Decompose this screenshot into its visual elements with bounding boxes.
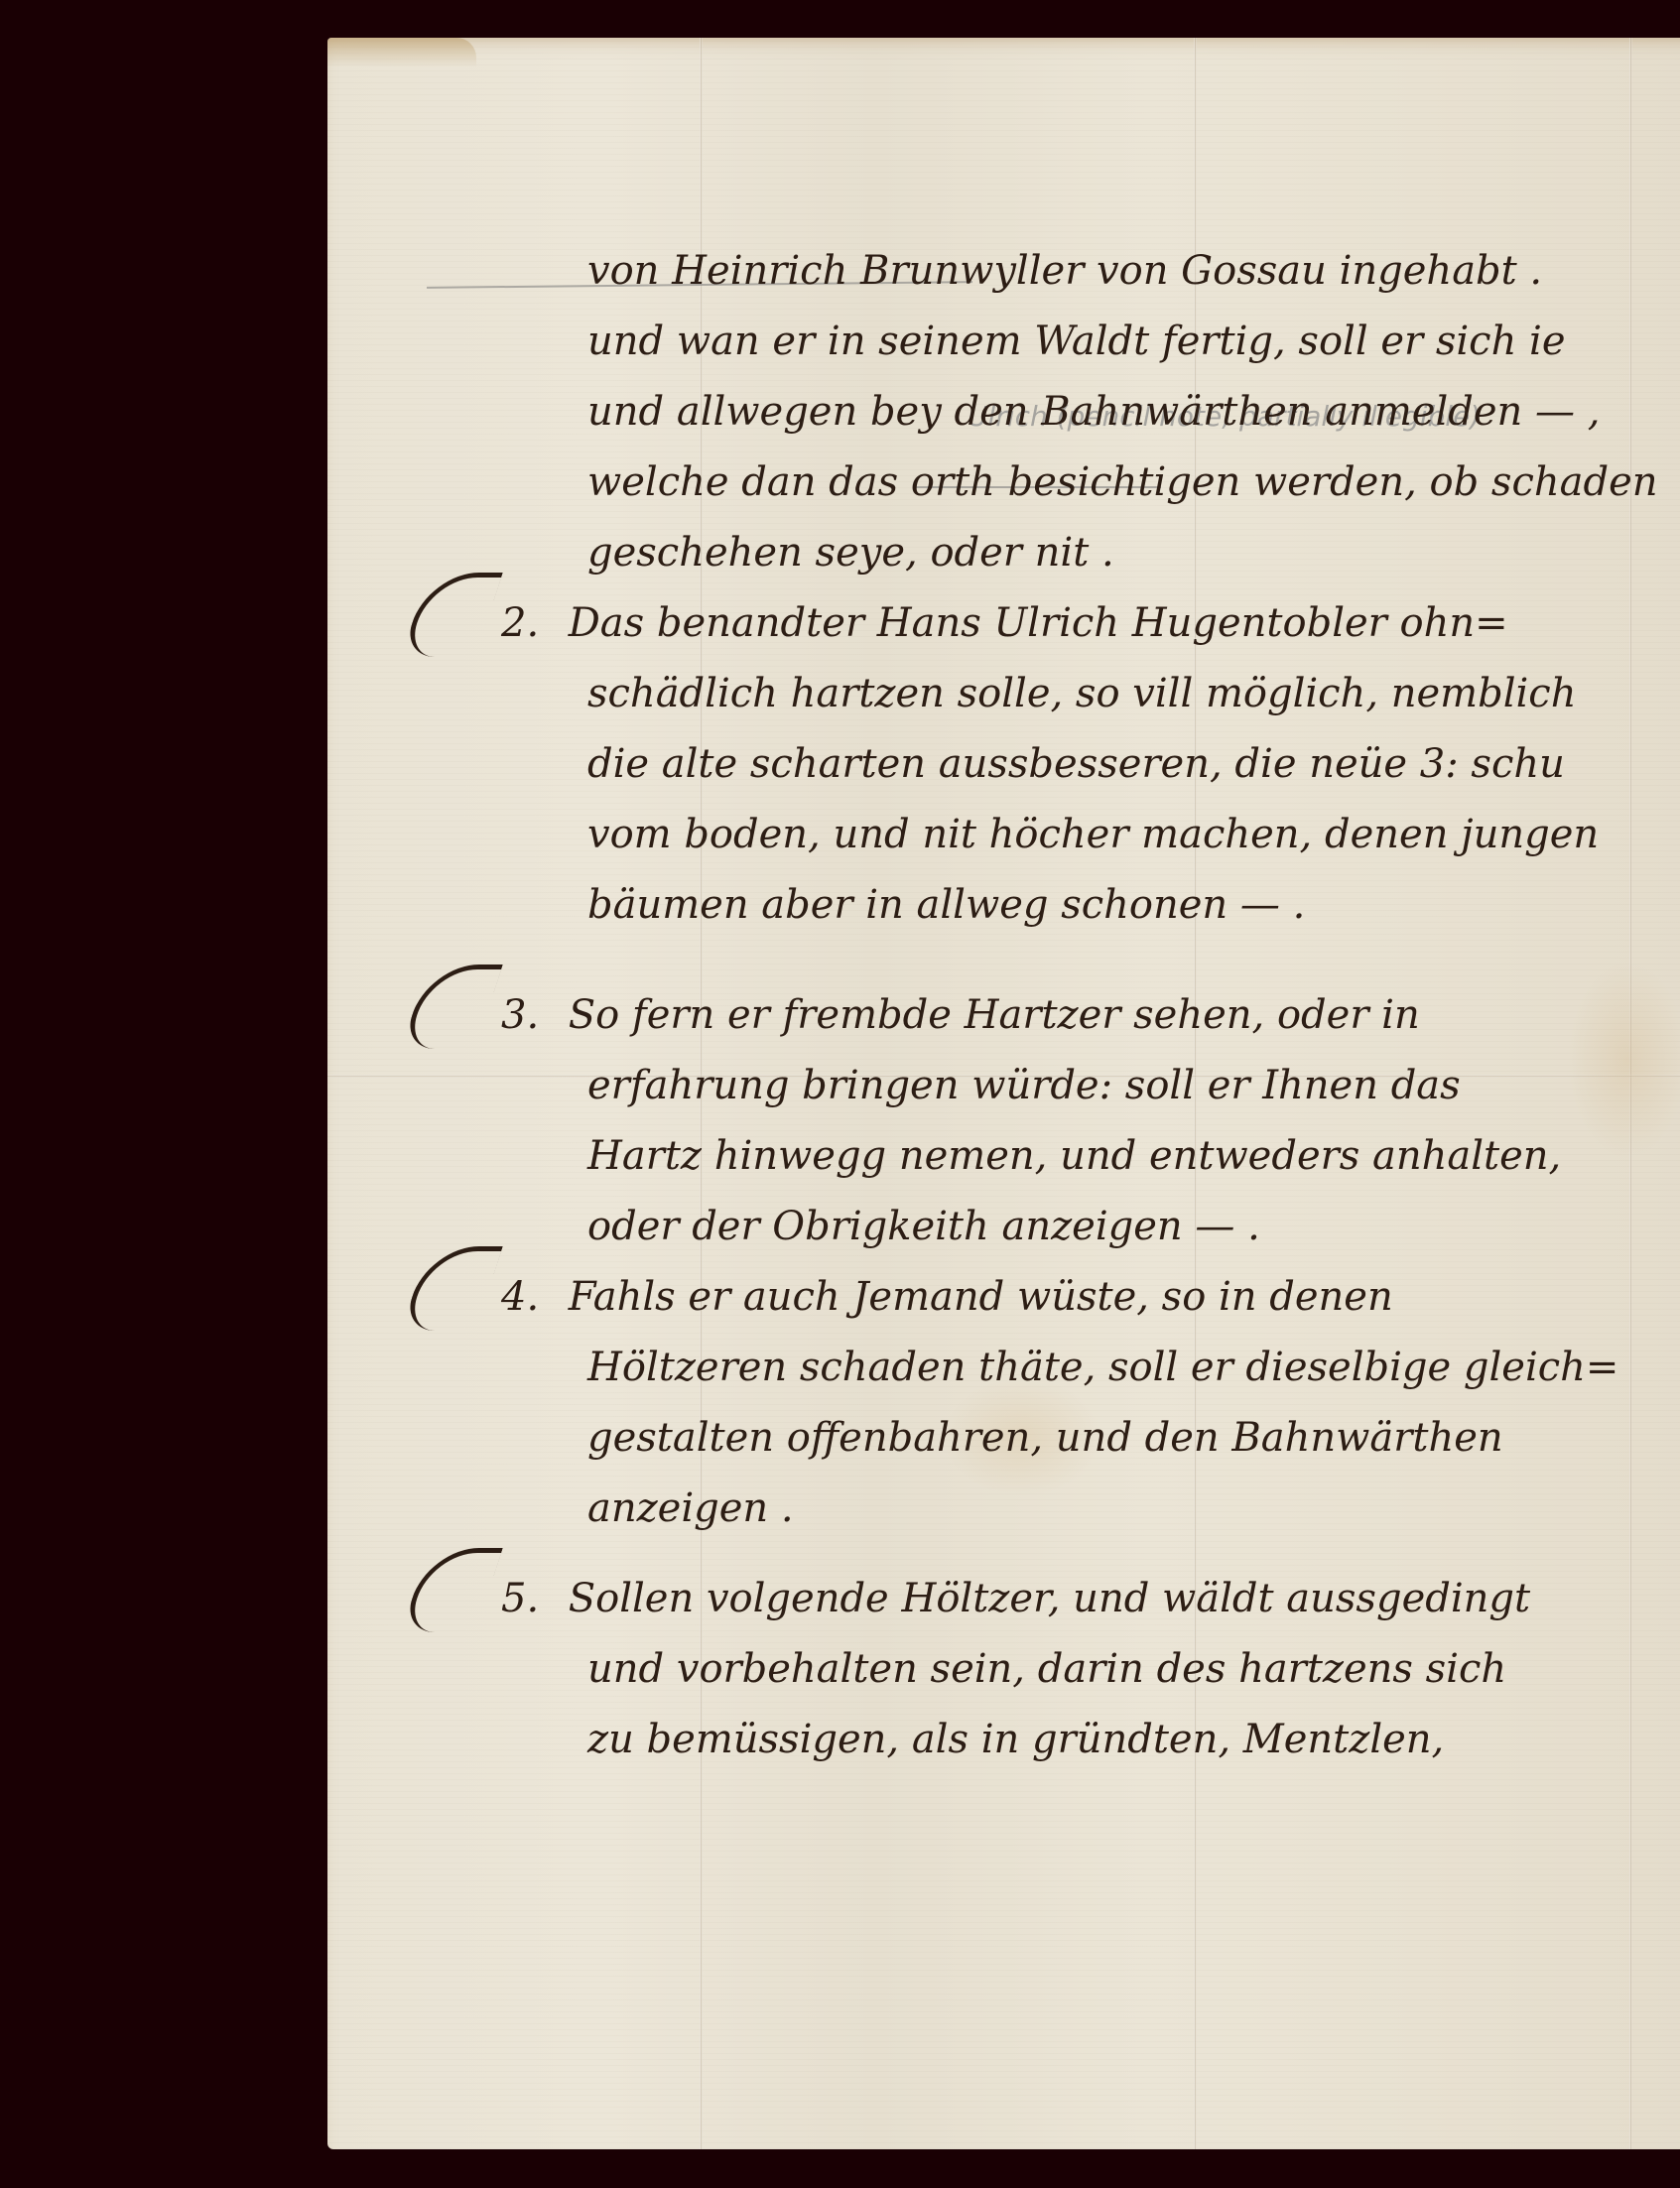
text-line: gestalten offenbahren, und den Bahnwärth… <box>417 1403 1667 1474</box>
text-line: welche dan das orth besichtigen werden, … <box>417 448 1667 518</box>
item-first-line: 3. So fern er frembde Hartzer sehen, ode… <box>417 980 1667 1051</box>
text-line: So fern er frembde Hartzer sehen, oder i… <box>569 992 1420 1038</box>
item-number: 3. <box>501 980 556 1051</box>
paper-edge-stain <box>327 38 476 67</box>
item-first-line: 2. Das benandter Hans Ulrich Hugentobler… <box>417 588 1667 659</box>
text-line: erfahrung bringen würde: soll er Ihnen d… <box>417 1051 1667 1121</box>
item-number: 2. <box>501 588 556 659</box>
text-line: bäumen aber in allweg schonen — . <box>417 870 1667 941</box>
text-line: und vorbehalten sein, darin des hartzens… <box>417 1634 1667 1705</box>
item-first-line: 4. Fahls er auch Jemand wüste, so in den… <box>417 1262 1667 1333</box>
numbered-item-5: 5. Sollen volgende Höltzer, und wäldt au… <box>417 1564 1667 1775</box>
text-line: geschehen seye, oder nit . <box>417 518 1667 588</box>
text-line: und wan er in seinem Waldt fertig, soll … <box>417 307 1667 377</box>
text-line: zu bemüssigen, als in gründten, Mentzlen… <box>417 1705 1667 1775</box>
text-line: schädlich hartzen solle, so vill möglich… <box>417 659 1667 729</box>
text-line: Fahls er auch Jemand wüste, so in denen <box>569 1274 1393 1320</box>
item-number: 4. <box>501 1262 556 1333</box>
text-line: Das benandter Hans Ulrich Hugentobler oh… <box>569 600 1508 646</box>
text-line: anzeigen . <box>417 1474 1667 1544</box>
text-line: vom boden, und nit höcher machen, denen … <box>417 800 1667 870</box>
text-line: die alte scharten aussbesseren, die neüe… <box>417 729 1667 800</box>
text-line: Sollen volgende Höltzer, und wäldt aussg… <box>569 1576 1530 1621</box>
item-number: 5. <box>501 1564 556 1634</box>
item-first-line: 5. Sollen volgende Höltzer, und wäldt au… <box>417 1564 1667 1634</box>
numbered-item-4: 4. Fahls er auch Jemand wüste, so in den… <box>417 1262 1667 1544</box>
numbered-item-2: 2. Das benandter Hans Ulrich Hugentobler… <box>417 588 1667 941</box>
text-line: von Heinrich Brunwyller von Gossau ingeh… <box>417 236 1667 307</box>
text-line: und allwegen bey den Bahnwärthen anmelde… <box>417 377 1667 448</box>
text-line: Höltzeren schaden thäte, soll er dieselb… <box>417 1333 1667 1403</box>
text-line: Hartz hinwegg nemen, und entweders anhal… <box>417 1121 1667 1192</box>
manuscript-text: von Heinrich Brunwyller von Gossau ingeh… <box>417 236 1667 1775</box>
text-line: oder der Obrigkeith anzeigen — . <box>417 1192 1667 1262</box>
numbered-item-3: 3. So fern er frembde Hartzer sehen, ode… <box>417 980 1667 1262</box>
manuscript-page: Ulrich (pencil note, partially illegible… <box>327 38 1680 2149</box>
